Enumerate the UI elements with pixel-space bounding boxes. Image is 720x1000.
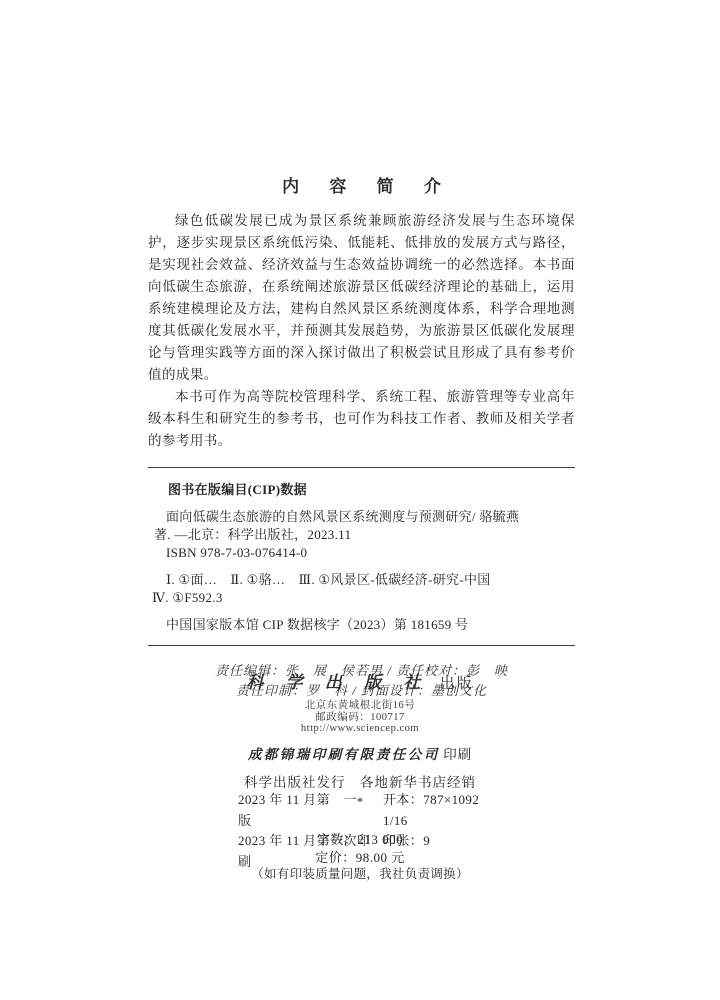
copyright-page: 内 容 简 介 绿色低碳发展已成为景区系统兼顾旅游经济发展与生态环境保护，逐步实… (0, 0, 720, 1000)
intro-paragraph-1: 绿色低碳发展已成为景区系统兼顾旅游经济发展与生态环境保护，逐步实现景区系统低污染… (148, 210, 575, 386)
publisher-section: 科 学 出 版 社 出版 北京东黄城根北街16号 邮政编码：100717 htt… (0, 668, 720, 810)
format-spec: 开本：787×1092 1/16 (383, 790, 498, 831)
printer-name: 成都锦瑞印刷有限责任公司 (248, 747, 440, 762)
cip-classification-line-1: Ⅰ. ①面… Ⅱ. ①骆… Ⅲ. ①风景区-低碳经济-研究-中国 (166, 571, 575, 589)
publisher-postcode: 邮政编码：100717 (0, 712, 720, 724)
cip-classification-group: Ⅰ. ①面… Ⅱ. ①骆… Ⅲ. ①风景区-低碳经济-研究-中国 Ⅳ. ①F59… (148, 571, 575, 607)
cip-title-group: 面向低碳生态旅游的自然风景区系统测度与预测研究/ 骆毓燕 著. —北京：科学出版… (148, 508, 575, 562)
cip-publisher-line: 著. —北京：科学出版社，2023.11 (154, 526, 575, 544)
main-column: 内 容 简 介 绿色低碳发展已成为景区系统兼顾旅游经济发展与生态环境保护，逐步实… (148, 0, 575, 701)
distribution-line: 科学出版社发行 各地新华书店经销 (0, 771, 720, 791)
cip-heading: 图书在版编目(CIP)数据 (168, 481, 575, 499)
edition-row: 2023 年 11 月第 一 版 开本：787×1092 1/16 (238, 790, 498, 831)
edition-date: 2023 年 11 月第 一 版 (238, 790, 383, 831)
publisher-name-suffix: 出版 (440, 676, 474, 692)
publisher-name-line: 科 学 出 版 社 出版 (0, 668, 720, 693)
cip-classification-line-2: Ⅳ. ①F592.3 (152, 589, 575, 607)
publisher-website: http://www.sciencep.com (0, 723, 720, 735)
word-count: 字数：213 000 (0, 829, 720, 848)
cip-isbn: ISBN 978-7-03-076414-0 (166, 544, 575, 562)
page-title: 内 容 简 介 (148, 172, 575, 197)
quality-notice: （如有印装质量问题，我社负责调换） (0, 864, 720, 882)
printer-line: 成都锦瑞印刷有限责任公司 印刷 (0, 743, 720, 763)
intro-paragraph-2: 本书可作为高等院校管理科学、系统工程、旅游管理等专业高年级本科生和研究生的参考书… (148, 386, 575, 452)
publisher-address: 北京东黄城根北街16号 (0, 700, 720, 712)
intro-section: 绿色低碳发展已成为景区系统兼顾旅游经济发展与生态环境保护，逐步实现景区系统低污染… (148, 210, 575, 452)
printer-suffix: 印刷 (443, 747, 472, 762)
cip-book-title: 面向低碳生态旅游的自然风景区系统测度与预测研究/ 骆毓燕 (166, 508, 575, 526)
publisher-logo-text: 科 学 出 版 社 (246, 673, 429, 692)
cip-data-block: 图书在版编目(CIP)数据 面向低碳生态旅游的自然风景区系统测度与预测研究/ 骆… (148, 467, 575, 646)
cip-registry-number: 中国国家版本馆 CIP 数据核字（2023）第 181659 号 (166, 616, 575, 634)
